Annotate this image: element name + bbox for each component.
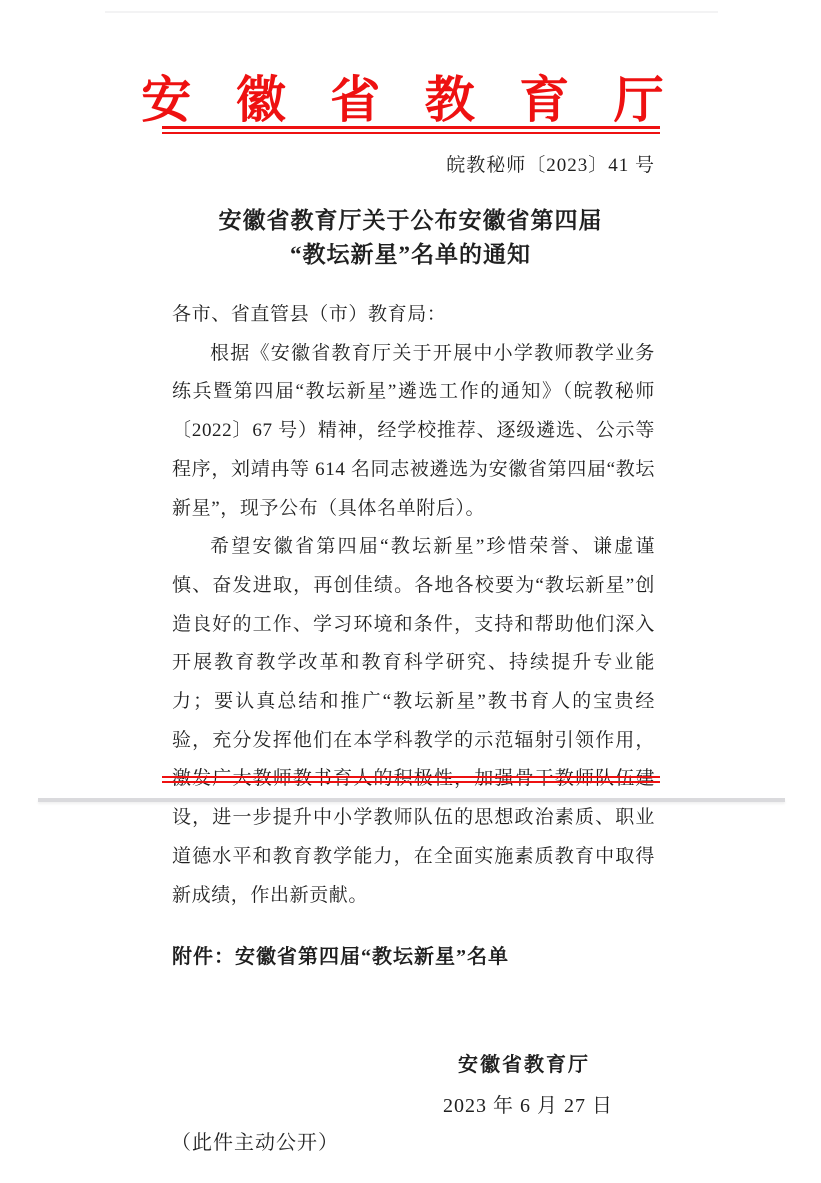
page-top-edge (105, 11, 718, 13)
footer-red-rule (162, 776, 660, 783)
document-title: 安徽省教育厅关于公布安徽省第四届 “教坛新星”名单的通知 (0, 204, 821, 272)
signature-date: 2023 年 6 月 27 日 (443, 1089, 613, 1118)
document-title-line1: 安徽省教育厅关于公布安徽省第四届 (0, 204, 821, 238)
page-break-divider (38, 798, 785, 802)
document-body: 各市、省直管县（市）教育局： 根据《安徽省教育厅关于开展中小学教师教学业务练兵暨… (172, 296, 655, 915)
body-paragraph-2: 希望安徽省第四届“教坛新星”珍惜荣誉、谦虚谨慎、奋发进取，再创佳绩。各地各校要为… (172, 528, 655, 915)
public-disclosure-note: （此件主动公开） (171, 1126, 339, 1155)
document-number: 皖教秘师〔2023〕41 号 (172, 150, 655, 177)
masthead-red-rule (162, 126, 660, 134)
body-paragraph-1: 根据《安徽省教育厅关于开展中小学教师教学业务练兵暨第四届“教坛新星”遴选工作的通… (172, 335, 655, 529)
agency-masthead: 安 徽 省 教 育 厅 (0, 60, 821, 132)
attachment-line: 附件：安徽省第四届“教坛新星”名单 (172, 940, 509, 969)
signature-agency: 安徽省教育厅 (458, 1048, 590, 1077)
official-notice-page: 安 徽 省 教 育 厅 皖教秘师〔2023〕41 号 安徽省教育厅关于公布安徽省… (0, 0, 821, 1183)
salutation: 各市、省直管县（市）教育局： (172, 296, 655, 335)
document-title-line2: “教坛新星”名单的通知 (0, 238, 821, 272)
